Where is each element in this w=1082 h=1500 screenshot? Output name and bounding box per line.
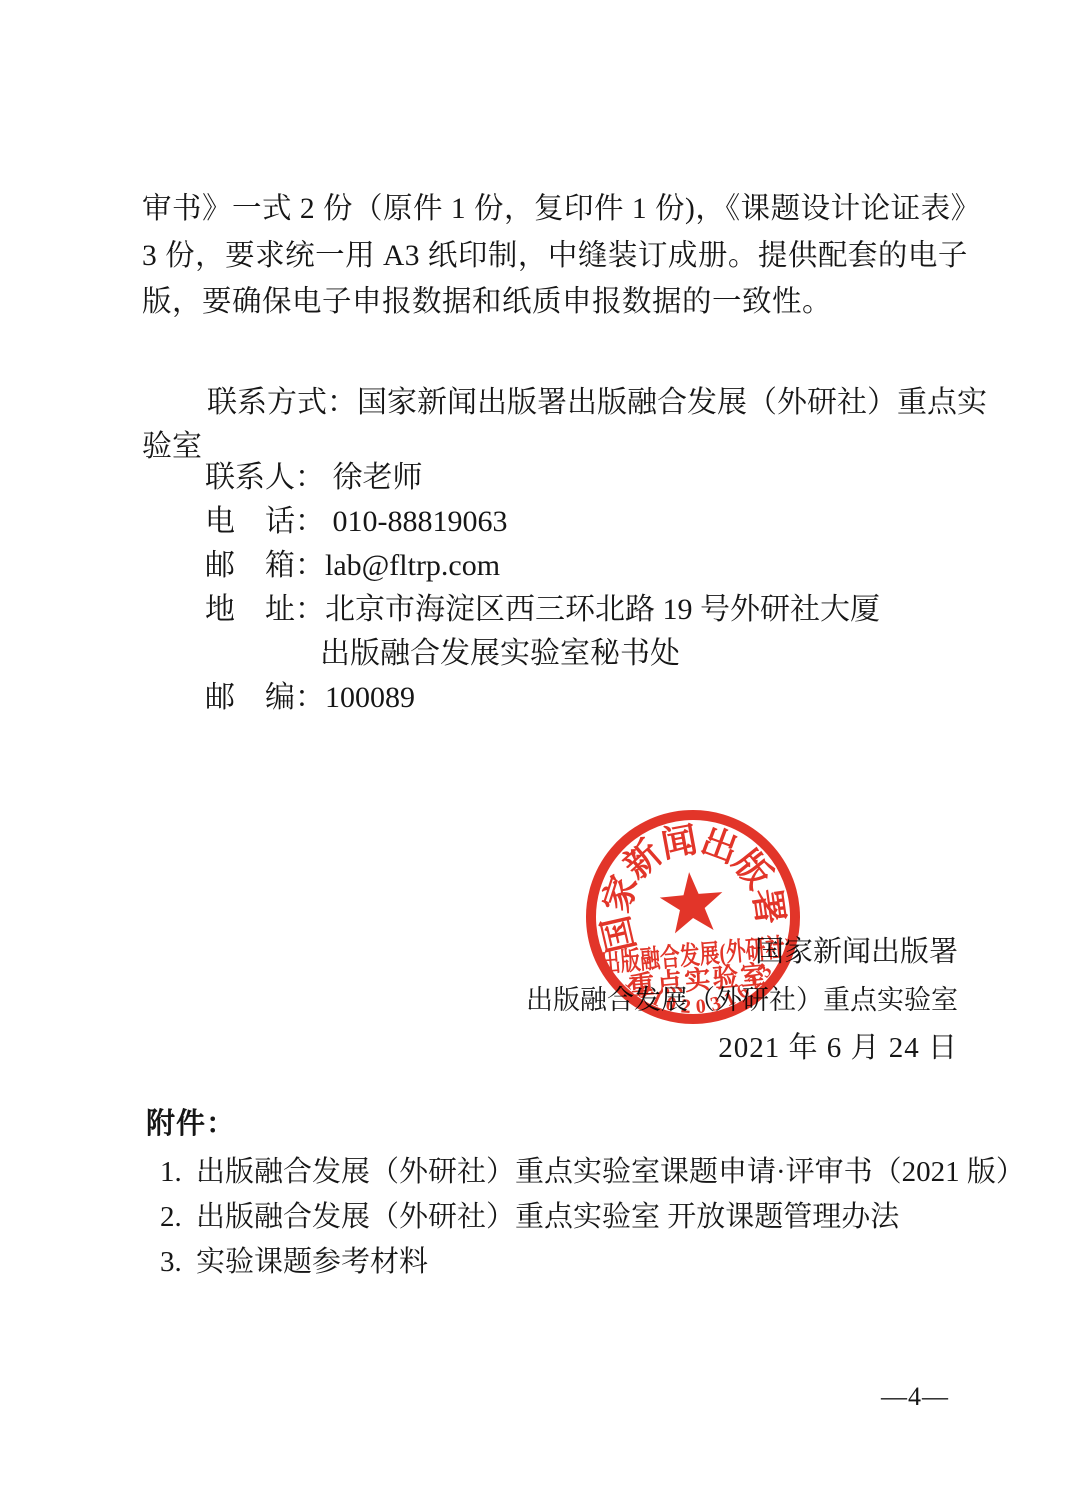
phone-row: 电 话： 010-88819063 xyxy=(205,502,880,546)
paragraph-line: 版，要确保电子申报数据和纸质申报数据的一致性。 xyxy=(142,279,972,326)
email-row: 邮 箱：lab@fltrp.com xyxy=(205,546,880,590)
attachment-number: 2. xyxy=(160,1197,196,1237)
address-row-continuation: 出版融合发展实验室秘书处 xyxy=(205,634,880,678)
field-label: 邮 编： xyxy=(205,681,325,714)
contact-intro-line2: 验室 xyxy=(142,421,202,465)
address-row: 地 址：北京市海淀区西三环北路 19 号外研社大厦 xyxy=(205,590,880,634)
star-icon xyxy=(658,869,726,934)
attachment-number: 3. xyxy=(160,1242,196,1282)
field-label: 电 话： xyxy=(205,505,325,538)
field-label: 联系人： xyxy=(205,461,325,494)
svg-text:闻: 闻 xyxy=(658,819,701,865)
attachment-text: 出版融合发展（外研社）重点实验室 开放课题管理办法 xyxy=(196,1201,899,1233)
attachment-number: 1. xyxy=(160,1152,196,1192)
paragraph-line: 3 份，要求统一用 A3 纸印制，中缝装订成册。提供配套的电子 xyxy=(142,233,972,280)
field-label: 邮 箱： xyxy=(205,549,325,582)
document-page: 审书》一式 2 份（原件 1 份，复印件 1 份)，《课题设计论证表》 3 份，… xyxy=(0,0,1082,1500)
paragraph-line: 审书》一式 2 份（原件 1 份，复印件 1 份)，《课题设计论证表》 xyxy=(142,186,972,233)
svg-text:3: 3 xyxy=(708,992,723,1016)
svg-text:署: 署 xyxy=(746,886,791,927)
body-paragraph: 审书》一式 2 份（原件 1 份，复印件 1 份)，《课题设计论证表》 3 份，… xyxy=(142,186,972,326)
field-value: 010-88819063 xyxy=(325,505,508,538)
field-value: 出版融合发展实验室秘书处 xyxy=(320,637,680,670)
attachment-text: 出版融合发展（外研社）重点实验室课题申请·评审书（2021 版） xyxy=(196,1156,1025,1188)
field-label: 地 址： xyxy=(205,593,325,626)
postcode-row: 邮 编：100089 xyxy=(205,678,880,722)
field-value: lab@fltrp.com xyxy=(325,549,500,582)
contact-person-row: 联系人： 徐老师 xyxy=(205,458,880,502)
official-seal-stamp: 国家新闻出版署 出版融合发展(外研社) 重点实验室 10102031623 xyxy=(551,775,835,1059)
svg-text:0: 0 xyxy=(695,995,707,1018)
attachment-text: 实验课题参考材料 xyxy=(196,1246,428,1278)
attachment-item: 2.出版融合发展（外研社）重点实验室 开放课题管理办法 xyxy=(146,1197,1025,1242)
attachment-item: 1.出版融合发展（外研社）重点实验室课题申请·评审书（2021 版） xyxy=(146,1152,1025,1197)
contact-intro-line1: 联系方式：国家新闻出版署出版融合发展（外研社）重点实 xyxy=(207,377,987,421)
attachment-item: 3.实验课题参考材料 xyxy=(146,1242,1025,1287)
field-value: 100089 xyxy=(325,681,415,714)
svg-text:2: 2 xyxy=(680,995,692,1018)
attachments-heading: 附件： xyxy=(146,1104,1025,1152)
attachments-section: 附件： 1.出版融合发展（外研社）重点实验室课题申请·评审书（2021 版） 2… xyxy=(146,1104,1025,1287)
page-number: —4— xyxy=(881,1382,949,1412)
contact-fields: 联系人： 徐老师 电 话： 010-88819063 邮 箱：lab@fltrp… xyxy=(205,458,880,722)
field-value: 徐老师 xyxy=(325,461,423,494)
field-value: 北京市海淀区西三环北路 19 号外研社大厦 xyxy=(325,593,880,626)
